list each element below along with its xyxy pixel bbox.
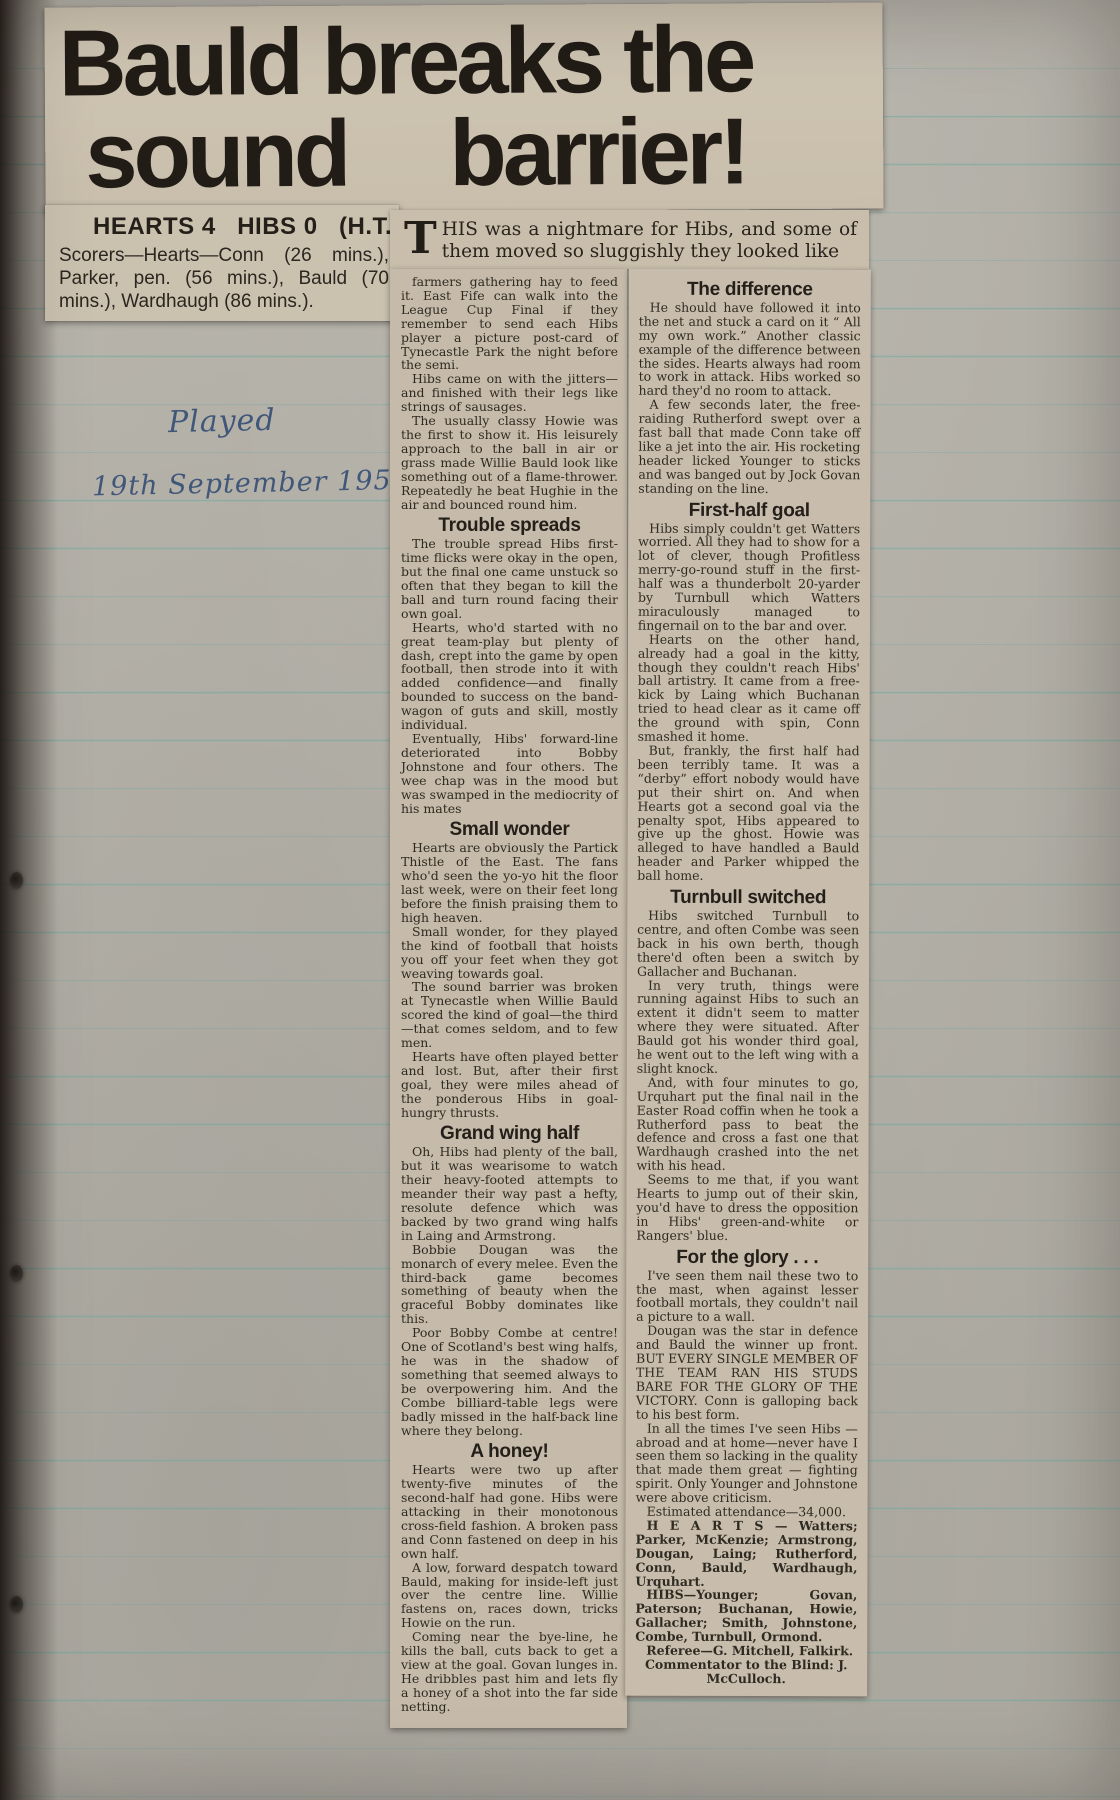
section-heading: For the glory . . . xyxy=(636,1250,858,1264)
article-paragraph: Hearts, who'd started with no great team… xyxy=(401,621,618,732)
article-paragraph: Hibs came on with the jitters—and finish… xyxy=(401,372,618,414)
scorers-text: Scorers—Hearts—Conn (26 mins.), Parker, … xyxy=(51,241,393,313)
lead-text: HIS was a nightmare for Hibs, and some o… xyxy=(442,219,857,262)
article-paragraph: Hearts have often played better and lost… xyxy=(401,1050,618,1120)
article-paragraph: Bobbie Dougan was the monarch of every m… xyxy=(401,1243,618,1326)
article-paragraph: Coming near the bye-line, he kills the b… xyxy=(401,1630,618,1713)
score-clipping: HEARTS 4 HIBS 0 (H.T.—1-0) Scorers—Heart… xyxy=(45,205,399,321)
section-heading: The difference xyxy=(639,283,861,297)
scrapbook-page: Played 19th September 1953 Bauld breaks … xyxy=(0,0,1120,1800)
article-column-left: farmers gathering hay to feed it. East F… xyxy=(390,269,627,1728)
section-heading: Small wonder xyxy=(401,823,618,837)
handwritten-note: Played xyxy=(168,403,276,440)
article-paragraph: Seems to me that, if you want Hearts to … xyxy=(636,1173,858,1243)
article-paragraph: But, frankly, the first half had been te… xyxy=(637,744,859,884)
article-paragraph: A low, forward despatch toward Bauld, ma… xyxy=(401,1561,618,1631)
section-heading: First-half goal xyxy=(638,503,860,517)
article-paragraph: Hibs simply couldn't get Watters worried… xyxy=(638,521,860,633)
article-paragraph: Oh, Hibs had plenty of the ball, but it … xyxy=(401,1145,618,1242)
binder-hole xyxy=(10,1596,23,1613)
article-paragraph: In all the times I've seen Hibs —abroad … xyxy=(636,1421,858,1505)
article-columns: farmers gathering hay to feed it. East F… xyxy=(390,269,869,1728)
article-paragraph: Small wonder, for they played the kind o… xyxy=(401,925,618,981)
article-paragraph: Hearts were two up after twenty-five min… xyxy=(401,1463,618,1560)
article-paragraph: The trouble spread Hibs first-time flick… xyxy=(401,537,618,620)
article-body: THIS was a nightmare for Hibs, and some … xyxy=(390,210,869,1728)
article-paragraph: A few seconds later, the free-raiding Ru… xyxy=(638,398,860,496)
section-heading: Turnbull switched xyxy=(637,891,859,905)
lead-dropcap: T xyxy=(404,220,437,258)
headline-clipping: Bauld breaks the sound barrier! xyxy=(44,2,883,213)
article-paragraph: The sound barrier was broken at Tynecast… xyxy=(401,980,618,1050)
section-heading: A honey! xyxy=(401,1445,618,1459)
article-paragraph: Eventually, Hibs' forward-line deteriora… xyxy=(401,732,618,815)
headline-line2: sound barrier! xyxy=(45,104,884,201)
binder-hole xyxy=(10,1265,23,1282)
binder-hole xyxy=(10,872,23,889)
article-paragraph: Hibs switched Turnbull to centre, and of… xyxy=(637,909,859,979)
article-paragraph: Commentator to the Blind: J. McCulloch. xyxy=(635,1658,857,1686)
article-paragraph: I've seen them nail these two to the mas… xyxy=(636,1268,858,1324)
article-paragraph: He should have followed it into the net … xyxy=(639,301,861,399)
article-paragraph: Poor Bobby Combe at centre! One of Scotl… xyxy=(401,1326,618,1437)
article-paragraph: HIBS—Younger; Govan, Paterson; Buchanan,… xyxy=(635,1588,857,1644)
article-paragraph: Dougan was the star in defence and Bauld… xyxy=(636,1324,858,1422)
article-paragraph: H E A R T S — Watters; Parker, McKenzie;… xyxy=(635,1519,857,1589)
article-paragraph: Hearts are obviously the Partick Thistle… xyxy=(401,841,618,924)
article-lead: THIS was a nightmare for Hibs, and some … xyxy=(390,210,869,269)
article-column-right: The differenceHe should have followed it… xyxy=(625,269,871,1696)
article-paragraph: And, with four minutes to go, Urquhart p… xyxy=(637,1076,859,1174)
article-paragraph: In very truth, things were running again… xyxy=(637,978,859,1076)
section-heading: Grand wing half xyxy=(401,1127,618,1141)
headline-line1: Bauld breaks the xyxy=(44,12,883,109)
section-heading: Trouble spreads xyxy=(401,519,618,533)
article-paragraph: farmers gathering hay to feed it. East F… xyxy=(401,275,618,372)
article-paragraph: Hearts on the other hand, already had a … xyxy=(638,632,860,744)
scoreline: HEARTS 4 HIBS 0 (H.T.—1-0) xyxy=(51,213,393,241)
article-paragraph: The usually classy Howie was the first t… xyxy=(401,414,618,511)
